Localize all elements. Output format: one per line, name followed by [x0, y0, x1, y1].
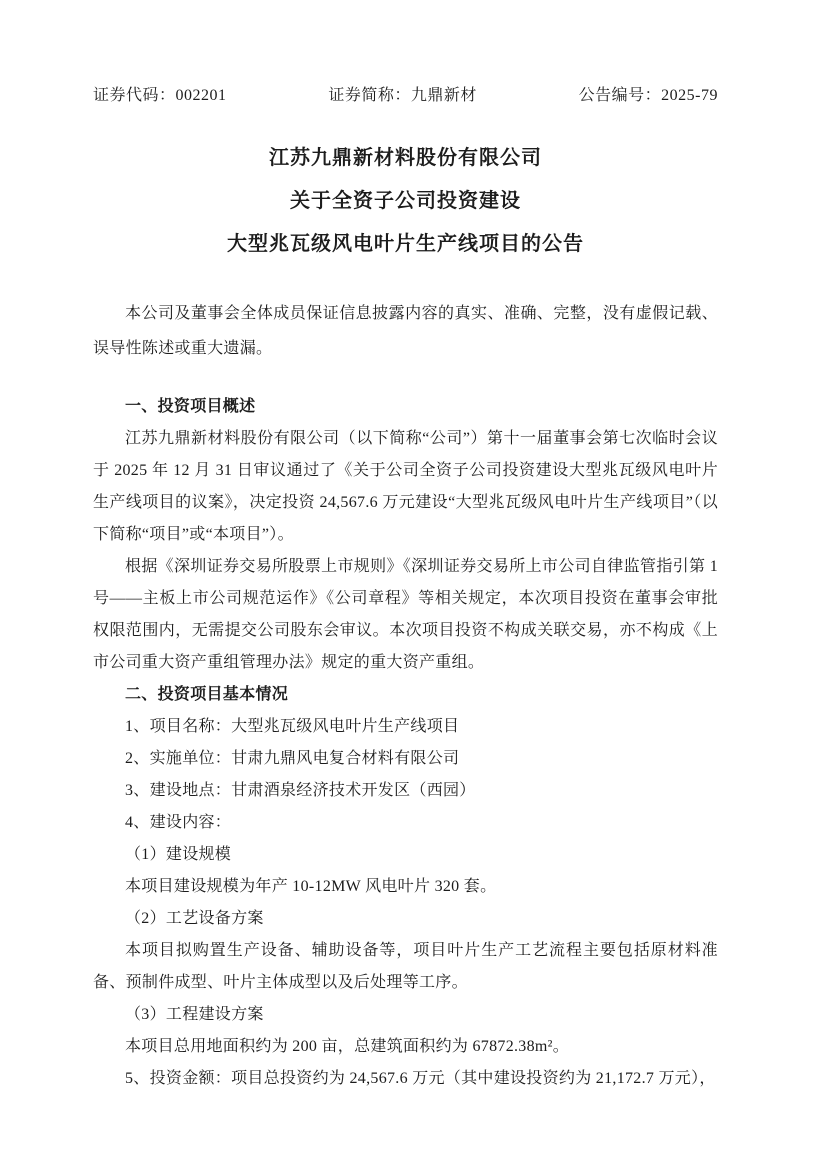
title-line-1: 江苏九鼎新材料股份有限公司: [93, 137, 718, 180]
document-body: 一、投资项目概述 江苏九鼎新材料股份有限公司（以下简称“公司”）第十一届董事会第…: [93, 391, 718, 1095]
section-1-paragraph-1: 江苏九鼎新材料股份有限公司（以下简称“公司”）第十一届董事会第七次临时会议于 2…: [93, 423, 718, 551]
announcement-page: 证券代码：002201 证券简称：九鼎新材 公告编号：2025-79 江苏九鼎新…: [0, 0, 814, 1152]
section-2-item-4-sub-2-text: 本项目拟购置生产设备、辅助设备等，项目叶片生产工艺流程主要包括原材料准备、预制件…: [93, 935, 718, 999]
document-title: 江苏九鼎新材料股份有限公司 关于全资子公司投资建设 大型兆瓦级风电叶片生产线项目…: [93, 137, 718, 266]
announcement-number: 公告编号：2025-79: [579, 85, 718, 107]
section-2-item-2: 2、实施单位：甘肃九鼎风电复合材料有限公司: [93, 743, 718, 775]
section-2-item-4-sub-2-heading: （2）工艺设备方案: [93, 903, 718, 935]
disclaimer-paragraph: 本公司及董事会全体成员保证信息披露内容的真实、准确、完整，没有虚假记载、误导性陈…: [93, 296, 718, 366]
section-2-item-3: 3、建设地点：甘肃酒泉经济技术开发区（西园）: [93, 775, 718, 807]
section-2-heading: 二、投资项目基本情况: [93, 679, 718, 711]
section-2-item-4: 4、建设内容：: [93, 807, 718, 839]
title-line-2: 关于全资子公司投资建设: [93, 180, 718, 223]
section-2-item-4-sub-1-text: 本项目建设规模为年产 10-12MW 风电叶片 320 套。: [93, 871, 718, 903]
section-1-heading: 一、投资项目概述: [93, 391, 718, 423]
section-2-item-1: 1、项目名称：大型兆瓦级风电叶片生产线项目: [93, 711, 718, 743]
stock-code: 证券代码：002201: [93, 85, 227, 107]
section-1-paragraph-2: 根据《深圳证券交易所股票上市规则》《深圳证券交易所上市公司自律监管指引第 1 号…: [93, 551, 718, 679]
section-2-item-4-sub-3-text: 本项目总用地面积约为 200 亩，总建筑面积约为 67872.38m²。: [93, 1031, 718, 1063]
meta-header: 证券代码：002201 证券简称：九鼎新材 公告编号：2025-79: [93, 85, 718, 107]
stock-short-name: 证券简称：九鼎新材: [328, 85, 477, 107]
section-2-item-4-sub-1-heading: （1）建设规模: [93, 839, 718, 871]
section-2-item-4-sub-3-heading: （3）工程建设方案: [93, 999, 718, 1031]
section-2-item-5: 5、投资金额：项目总投资约为 24,567.6 万元（其中建设投资约为 21,1…: [93, 1063, 718, 1095]
title-line-3: 大型兆瓦级风电叶片生产线项目的公告: [93, 223, 718, 266]
